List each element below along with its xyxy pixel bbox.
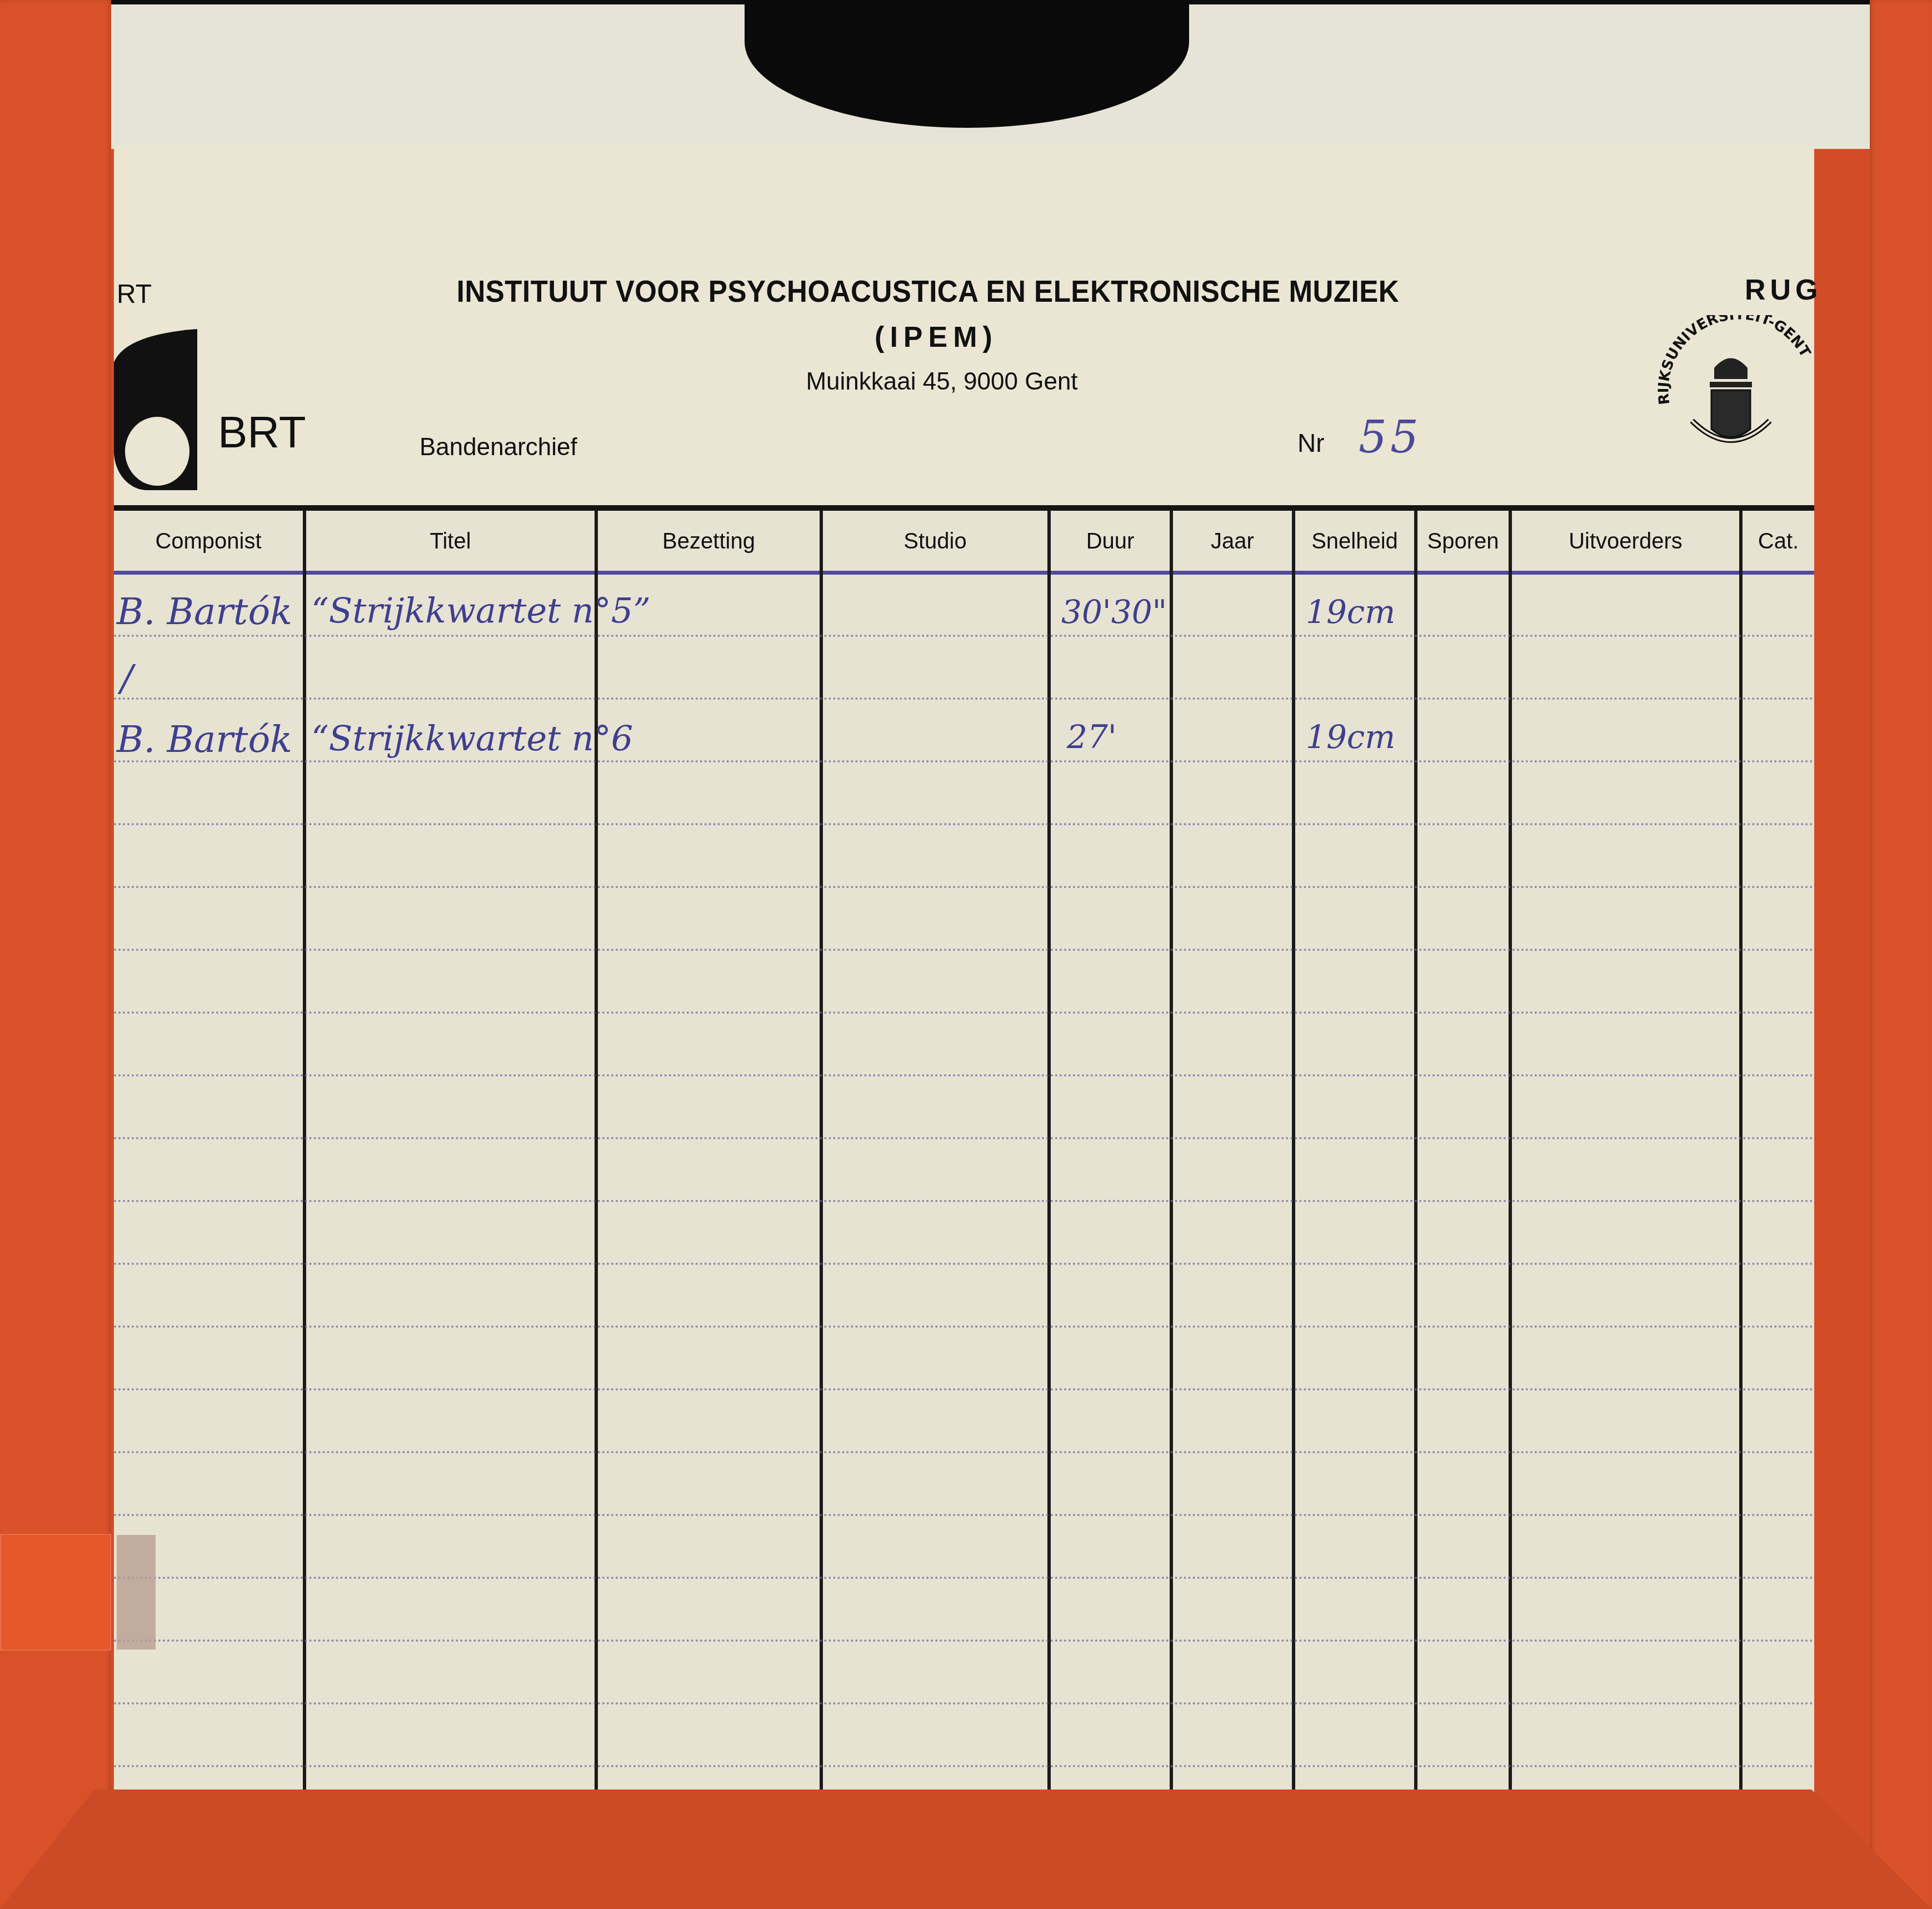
row-rule [114,1074,1814,1076]
institute-acronym: (IPEM) [836,321,1036,354]
column-header-duur: Duur [1051,529,1170,554]
tape-residue [117,1535,156,1649]
column-divider [1292,510,1295,1793]
archive-label: Bandenarchief [420,433,577,461]
row-rule [114,949,1814,951]
university-seal-icon: RIJKSUNIVERSITEIT-GENT [1648,315,1814,482]
column-divider [820,510,823,1793]
row-rule [114,760,1814,762]
row-rule [114,1263,1814,1265]
row-rule [114,1388,1814,1390]
row-rule [114,823,1814,825]
column-header-bezetting: Bezetting [598,529,820,554]
column-header-cat: Cat. [1743,529,1814,554]
column-header-studio: Studio [823,529,1047,554]
brt-logo-icon [114,329,197,490]
column-divider [1739,510,1743,1793]
column-divider [1509,510,1512,1793]
header-bottom-rule [114,571,1814,575]
row-rule [114,1639,1814,1642]
row2-componist: B. Bartók [117,718,292,761]
number-label: Nr [1297,428,1325,458]
column-divider [595,510,598,1793]
row1-titel: “Strijkkwartet n°5” [311,590,651,631]
column-divider [303,510,306,1793]
number-value: 55 [1359,411,1422,463]
row-rule [114,1577,1814,1579]
institute-address: Muinkkaai 45, 9000 Gent [747,368,1136,396]
row-rule [114,1765,1814,1767]
adhesive-tape [0,1534,111,1651]
row-rule [114,1514,1814,1516]
header-top-rule [114,505,1814,511]
row2-titel: “Strijkkwartet n°6 [311,718,633,759]
column-header-jaar: Jaar [1173,529,1292,554]
column-divider [1170,510,1173,1793]
institute-title: INSTITUUT VOOR PSYCHOACUSTICA EN ELEKTRO… [432,273,1424,309]
column-header-titel: Titel [306,529,595,554]
column-header-snelheid: Snelheid [1295,529,1414,554]
column-divider [1414,510,1417,1793]
brt-fragment-text: RT [117,279,152,310]
ditto-mark: / [121,657,133,700]
frame-bottom-flap [0,1790,1932,1909]
row-rule [114,1325,1814,1328]
row-rule [114,635,1814,637]
archive-card: RT INSTITUUT VOOR PSYCHOACUSTICA EN ELEK… [114,146,1814,1792]
row-rule [114,886,1814,888]
frame-right-edge [1870,0,1932,1909]
row-rule [114,1200,1814,1202]
row2-snelheid: 19cm [1306,718,1395,756]
row-rule [114,1011,1814,1014]
column-header-componist: Componist [114,529,303,554]
row1-componist: B. Bartók [117,590,292,633]
brt-logo-label: BRT [218,407,306,458]
rug-fragment-text: RUG [1745,273,1823,307]
row2-duur: 27' [1067,718,1117,756]
row1-duur: 30'30" [1061,593,1167,631]
column-divider [1047,510,1051,1793]
row-rule [114,1137,1814,1139]
column-header-uitvoerders: Uitvoerders [1512,529,1739,554]
row-rule [114,697,1814,700]
row1-snelheid: 19cm [1306,593,1395,631]
row-rule [114,1702,1814,1704]
row-rule [114,1451,1814,1453]
column-header-sporen: Sporen [1417,529,1509,554]
